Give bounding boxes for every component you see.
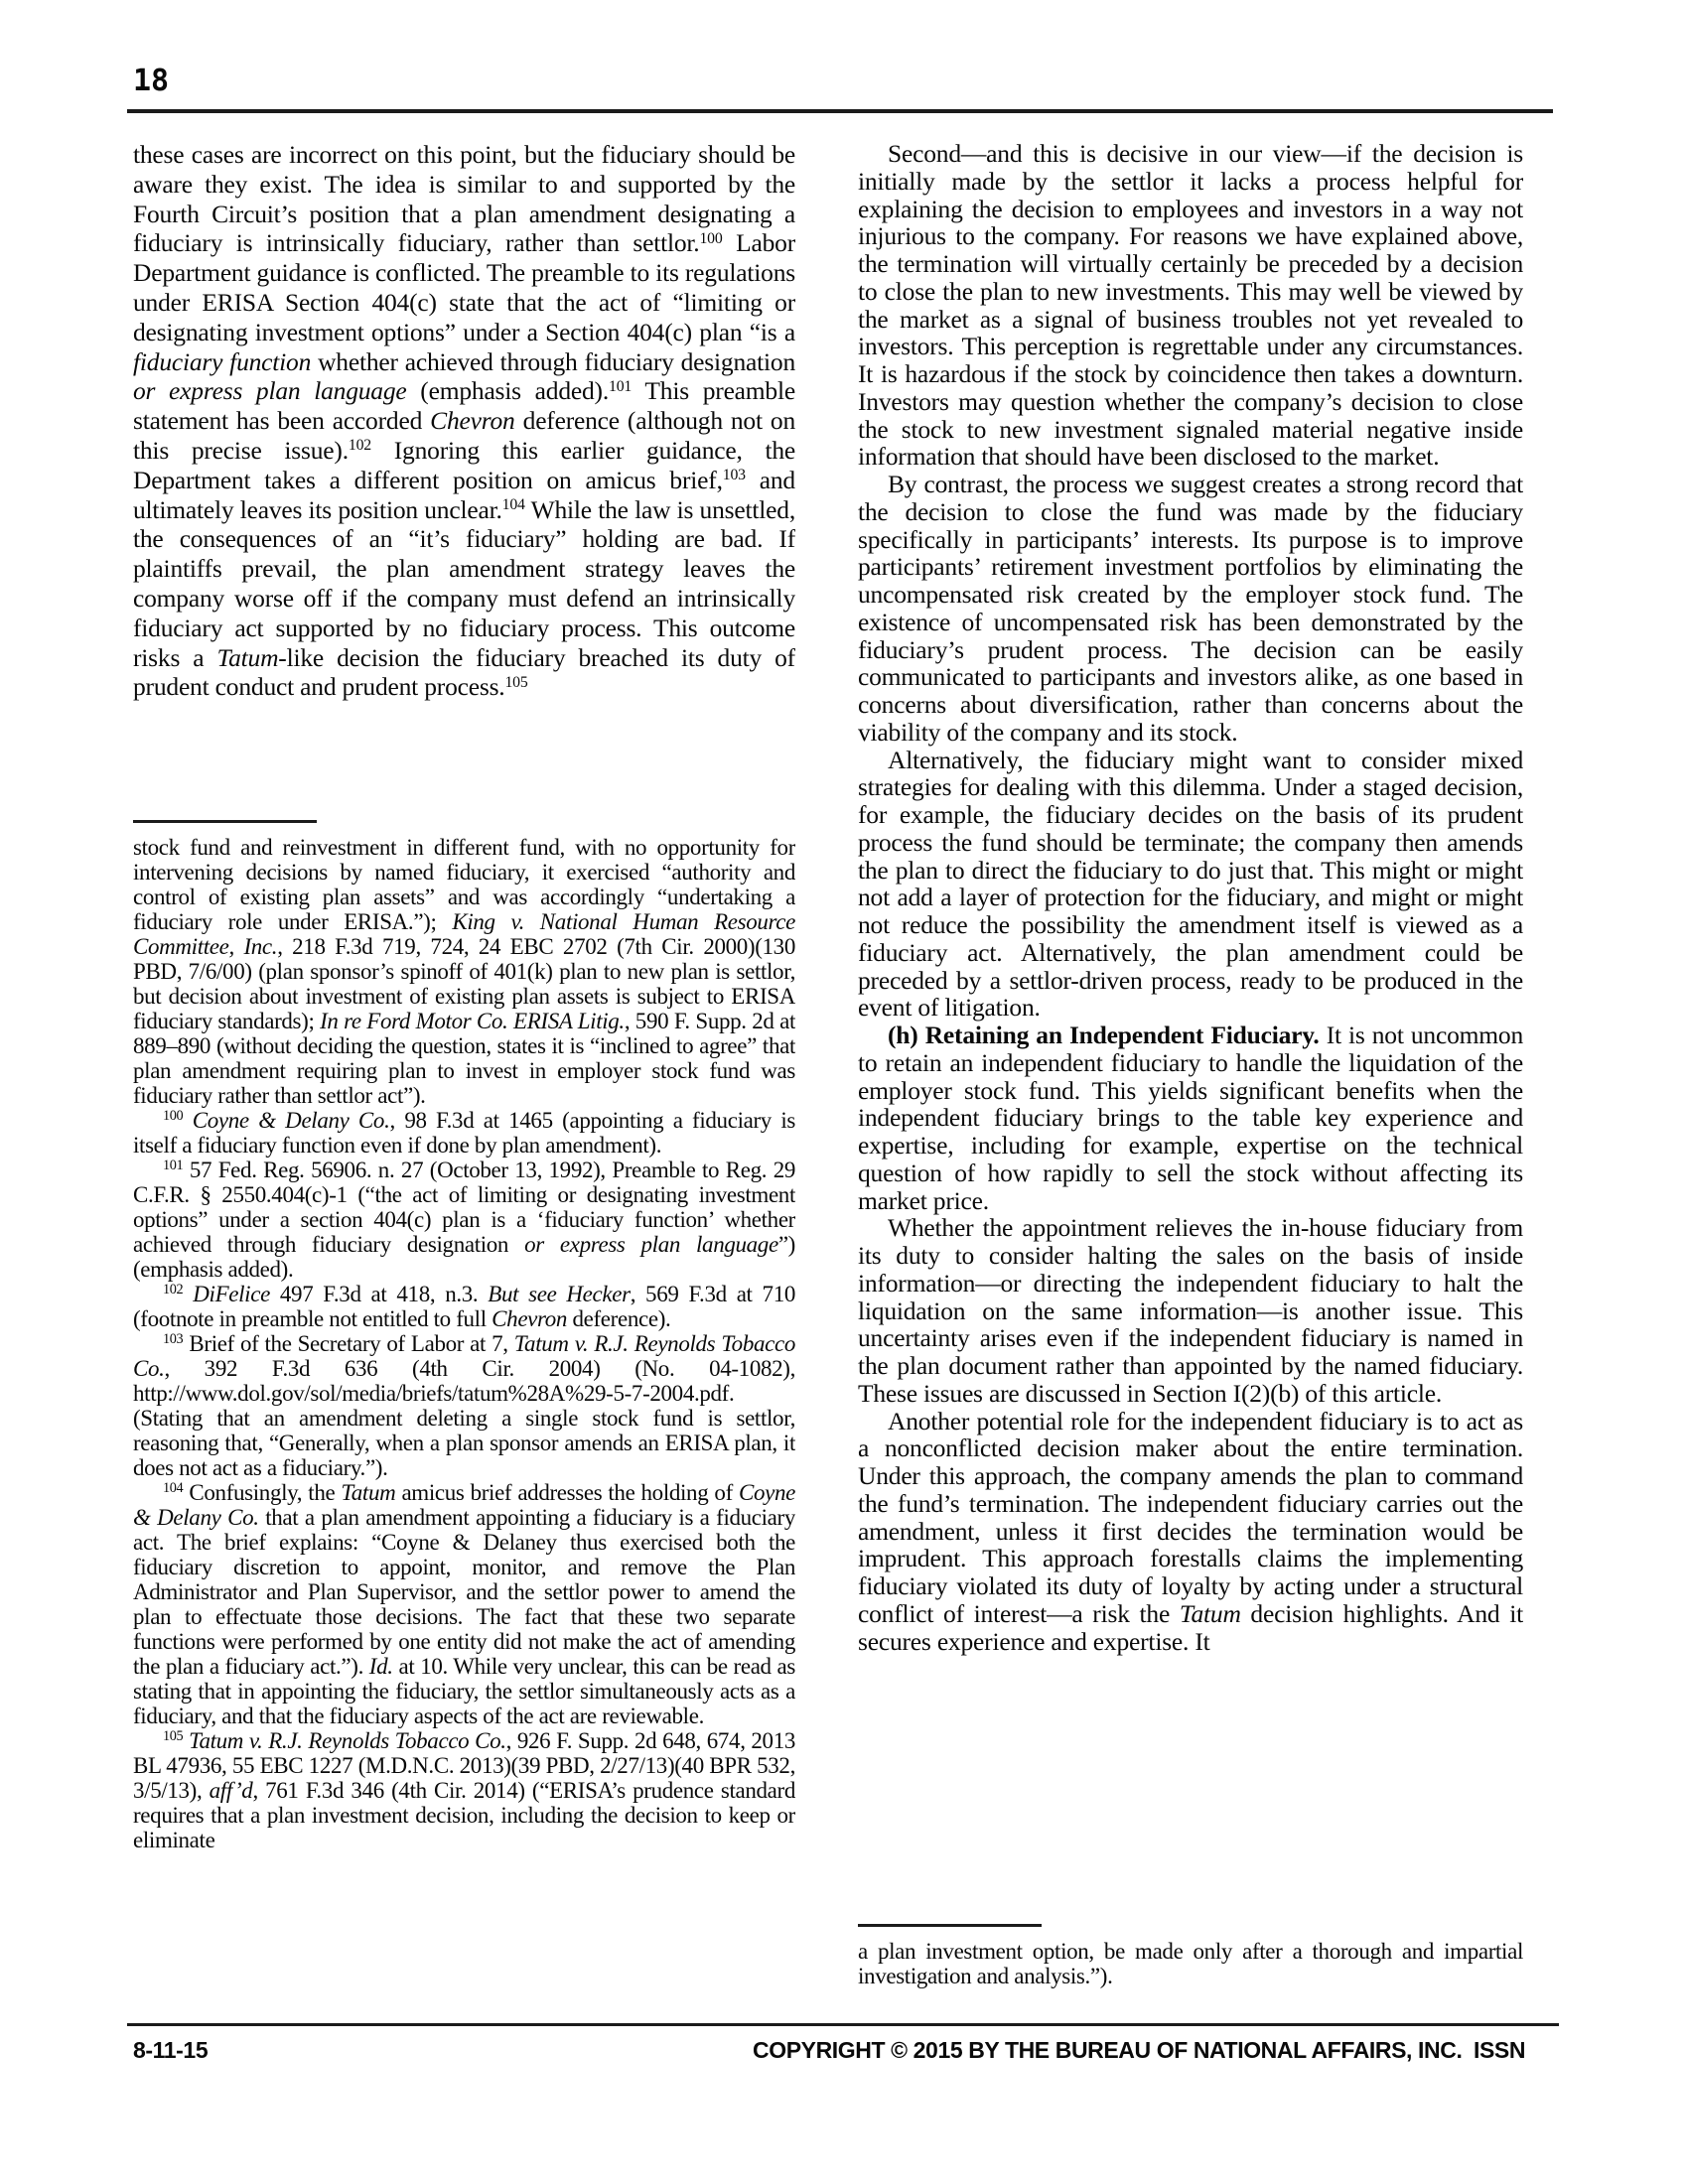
footnote-103: 103 Brief of the Secretary of Labor at 7…: [133, 1331, 795, 1480]
document-page: 18 these cases are incorrect on this poi…: [0, 0, 1688, 2184]
text-run: aff’d: [210, 1778, 253, 1803]
body-paragraph: Another potential role for the independe…: [858, 1408, 1523, 1656]
text-run: [183, 1108, 192, 1133]
left-column-footnotes: stock fund and reinvestment in different…: [133, 820, 795, 2017]
text-run: 497 F.3d at 418, n.3.: [270, 1282, 488, 1306]
footnote-105: 105 Tatum v. R.J. Reynolds Tobacco Co., …: [133, 1728, 795, 1852]
header-rule: [127, 109, 1553, 113]
text-run: a plan investment option, be made only a…: [858, 1939, 1523, 1988]
text-run: Brief of the Secretary of Labor at 7,: [183, 1331, 513, 1356]
footnote-ref: 104: [502, 496, 525, 513]
footnote-ref: 102: [349, 437, 371, 454]
footer-copyright: COPYRIGHT © 2015 BY THE BUREAU OF NATION…: [753, 2037, 1462, 2064]
page-number: 18: [133, 64, 169, 98]
left-column-body: these cases are incorrect on this point,…: [133, 140, 795, 821]
footnote-ref: 100: [163, 1108, 183, 1124]
text-run: By contrast, the process we suggest crea…: [858, 470, 1523, 747]
right-column-body: Second—and this is decisive in our view—…: [858, 140, 1523, 1921]
text-run: In re Ford Motor Co. ERISA Litig.: [320, 1009, 625, 1033]
text-run: Confusingly, the: [183, 1480, 341, 1505]
text-run: Tatum: [216, 643, 278, 672]
text-run: Coyne & Delany Co.: [193, 1108, 390, 1133]
text-run: fiduciary function: [133, 347, 311, 376]
footnote-ref: 103: [723, 467, 746, 483]
footnote-101: 101 57 Fed. Reg. 56906. n. 27 (October 1…: [133, 1158, 795, 1282]
footnote-ref: 103: [163, 1331, 183, 1347]
footnote-ref: 102: [163, 1282, 183, 1297]
text-run: whether achieved through fiduciary desig…: [311, 347, 795, 376]
body-paragraph: Second—and this is decisive in our view—…: [858, 140, 1523, 471]
footnote-continuation: a plan investment option, be made only a…: [858, 1939, 1523, 1988]
footnote-ref: 105: [504, 674, 527, 691]
footer-date: 8-11-15: [133, 2037, 208, 2064]
text-run: Tatum: [1180, 1599, 1241, 1628]
footnote-ref: 101: [609, 378, 632, 395]
text-run: Tatum v. R.J. Reynolds Tobacco Co.: [189, 1728, 506, 1753]
footnote-continuation: stock fund and reinvestment in different…: [133, 835, 795, 1108]
body-paragraph: Whether the appointment relieves the in-…: [858, 1214, 1523, 1407]
footnote-separator-rule: [133, 820, 317, 823]
text-run: Id.: [369, 1654, 393, 1679]
right-column-footnotes: a plan investment option, be made only a…: [858, 1924, 1523, 2017]
text-run: Whether the appointment relieves the in-…: [858, 1213, 1523, 1408]
footnote-ref: 100: [699, 230, 722, 247]
text-run: Chevron: [492, 1306, 567, 1331]
footnote-104: 104 Confusingly, the Tatum amicus brief …: [133, 1480, 795, 1728]
text-run: deference).: [567, 1306, 670, 1331]
text-run: (emphasis added).: [407, 376, 609, 405]
text-run: Another potential role for the independe…: [858, 1407, 1523, 1628]
text-run: But see Hecker: [488, 1282, 630, 1306]
text-run: , 392 F.3d 636 (4th Cir. 2004) (No. 04-1…: [133, 1356, 795, 1480]
text-run: Chevron: [430, 406, 514, 435]
text-run: It is not uncommon to retain an independ…: [858, 1021, 1523, 1215]
text-run: that a plan amendment appointing a fiduc…: [133, 1505, 795, 1679]
text-run: Tatum: [341, 1480, 395, 1505]
left-footnote-list: stock fund and reinvestment in different…: [133, 835, 795, 1852]
text-run: Second—and this is decisive in our view—…: [858, 140, 1523, 471]
text-run: (h) Retaining an Independent Fiduciary.: [888, 1021, 1320, 1049]
right-footnote-list: a plan investment option, be made only a…: [858, 1939, 1523, 1988]
footer-issn: ISSN: [1474, 2037, 1525, 2064]
body-paragraph: By contrast, the process we suggest crea…: [858, 471, 1523, 747]
footnote-ref: 104: [163, 1480, 183, 1496]
footer-rule: [127, 2023, 1559, 2026]
footnote-ref: 105: [163, 1728, 183, 1744]
body-paragraph: Alternatively, the fiduciary might want …: [858, 747, 1523, 1023]
text-run: or express plan language: [524, 1232, 778, 1257]
text-run: or express plan language: [133, 376, 407, 405]
text-run: amicus brief addresses the holding of: [395, 1480, 739, 1505]
text-run: Alternatively, the fiduciary might want …: [858, 746, 1523, 1023]
footnote-separator-rule: [858, 1924, 1042, 1927]
body-paragraph-heading-h: (h) Retaining an Independent Fiduciary. …: [858, 1022, 1523, 1214]
text-run: DiFelice: [193, 1282, 270, 1306]
text-run: [183, 1282, 193, 1306]
text-run: these cases are incorrect on this point,…: [133, 140, 795, 257]
footnote-102: 102 DiFelice 497 F.3d at 418, n.3. But s…: [133, 1282, 795, 1331]
footnote-ref: 101: [163, 1158, 183, 1173]
body-paragraph: these cases are incorrect on this point,…: [133, 140, 795, 702]
footnote-100: 100 Coyne & Delany Co., 98 F.3d at 1465 …: [133, 1108, 795, 1158]
